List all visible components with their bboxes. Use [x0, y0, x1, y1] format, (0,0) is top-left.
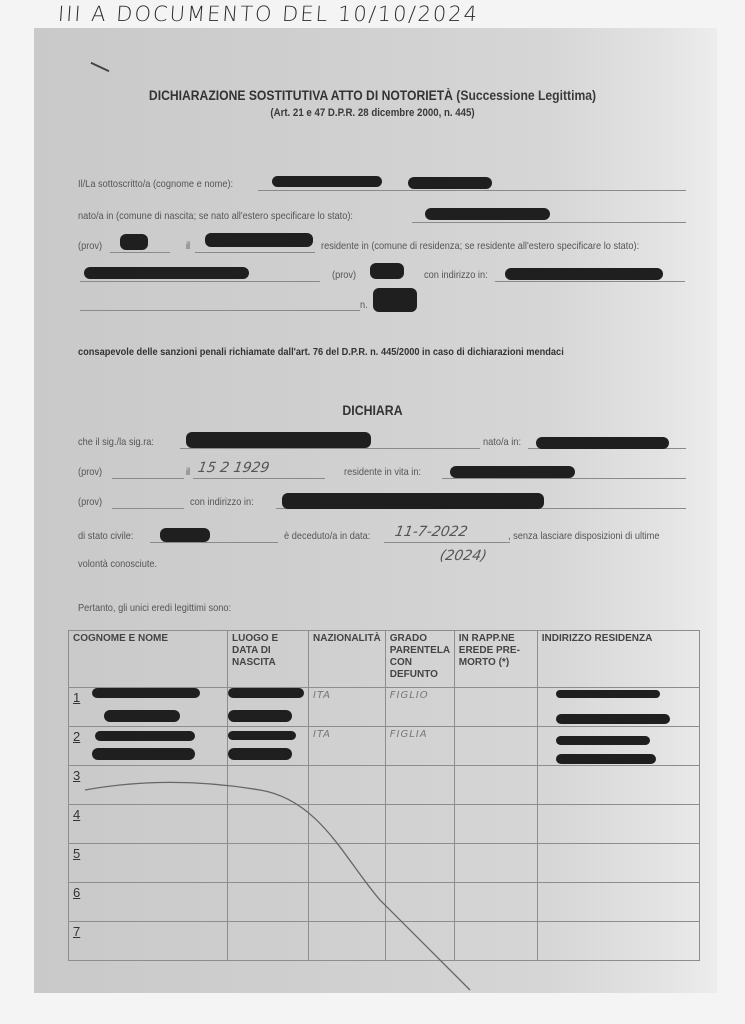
civil-status-field [150, 542, 278, 543]
declarant-prov-field [110, 252, 170, 253]
redaction [373, 288, 417, 312]
cell-relation [385, 805, 454, 844]
deceased-prov-label-2: (prov) [78, 496, 102, 508]
cell-nationality: ITA [309, 727, 386, 766]
redaction [536, 437, 669, 449]
row-number: 7 [73, 924, 80, 939]
col-nationality: NAZIONALITÀ [309, 631, 386, 688]
declarant-il-label: il [186, 240, 190, 252]
deceased-il-label: il [186, 466, 190, 478]
table-row: 4 [69, 805, 700, 844]
cell-nationality-value: ITA [313, 690, 331, 701]
cell-relation [385, 766, 454, 805]
cell-predeceased [454, 688, 537, 727]
redaction [186, 432, 371, 448]
cell-address [537, 766, 699, 805]
cell-nationality: ITA [309, 688, 386, 727]
redaction [228, 748, 292, 760]
cell-nationality [309, 883, 386, 922]
handwritten-header: III A DOCUMENTO DEL 10/10/2024 [57, 2, 480, 26]
redaction [450, 466, 575, 478]
redaction [272, 176, 382, 187]
no-will-text-2: volontà conosciute. [78, 558, 157, 570]
death-date-field [384, 542, 510, 543]
cell-birth [228, 805, 309, 844]
row-number: 1 [73, 690, 80, 705]
declarant-residence-field [80, 281, 320, 282]
redaction [92, 688, 200, 698]
no-will-text: , senza lasciare disposizioni di ultime [508, 530, 660, 542]
cell-relation: FIGLIA [385, 727, 454, 766]
deceased-residence-field [442, 478, 686, 479]
table-row: 3 [69, 766, 700, 805]
cell-predeceased [454, 727, 537, 766]
redaction [228, 688, 304, 698]
cell-birth [228, 922, 309, 961]
cell-relation [385, 844, 454, 883]
declarant-birthplace-label: nato/a in (comune di nascita; se nato al… [78, 210, 353, 222]
cell-predeceased [454, 805, 537, 844]
declarant-number-label: n. [360, 299, 368, 311]
cell-nationality [309, 766, 386, 805]
heirs-table-header: COGNOME E NOME LUOGO E DATA DI NASCITA N… [69, 631, 700, 688]
cell-nationality [309, 844, 386, 883]
cell-nationality [309, 922, 386, 961]
death-date-label: è deceduto/a in data: [284, 530, 370, 542]
cell-address [537, 844, 699, 883]
cell-name: 5 [69, 844, 228, 883]
redaction [120, 234, 148, 250]
row-number: 5 [73, 846, 80, 861]
deceased-birthplace-label: nato/a in: [483, 436, 521, 448]
col-birth: LUOGO E DATA DI NASCITA [228, 631, 309, 688]
redaction [160, 528, 210, 542]
redaction [370, 263, 404, 279]
deceased-prov-label: (prov) [78, 466, 102, 478]
cell-relation-value: FIGLIO [390, 690, 429, 701]
redaction [556, 736, 650, 745]
redaction [92, 748, 195, 760]
declarant-name-field [258, 190, 686, 191]
redaction [556, 690, 660, 698]
deceased-birthdate-handwritten: 15 2 1929 [197, 460, 271, 476]
cell-address [537, 883, 699, 922]
declarant-address-label: con indirizzo in: [424, 269, 488, 281]
cell-birth [228, 883, 309, 922]
redaction [205, 233, 313, 247]
redaction [228, 710, 292, 722]
cell-address [537, 922, 699, 961]
table-row: 5 [69, 844, 700, 883]
redaction [425, 208, 550, 220]
redaction [408, 177, 492, 189]
title-suffix: (Successione Legittima) [456, 88, 596, 103]
deceased-address-label: con indirizzo in: [190, 496, 254, 508]
declarant-prov-label: (prov) [78, 240, 102, 252]
death-date-handwritten: 11-7-2022 [394, 524, 469, 540]
col-relation: GRADO PARENTELA CON DEFUNTO [385, 631, 454, 688]
cell-nationality [309, 805, 386, 844]
deceased-birthdate-field [193, 478, 325, 479]
col-predeceased: IN RAPP.NE EREDE PRE-MORTO (*) [454, 631, 537, 688]
cell-birth [228, 766, 309, 805]
cell-predeceased [454, 766, 537, 805]
row-number: 3 [73, 768, 80, 783]
cell-relation-value: FIGLIA [390, 729, 428, 740]
death-date-correction: (2024) [439, 548, 488, 564]
cell-predeceased [454, 844, 537, 883]
title-main: DICHIARAZIONE SOSTITUTIVA ATTO DI NOTORI… [149, 88, 453, 103]
declarant-residence-label: residente in (comune di residenza; se re… [321, 240, 639, 252]
redaction [556, 714, 670, 724]
declarant-address-line-2 [80, 310, 360, 311]
row-number: 2 [73, 729, 80, 744]
table-row: 6 [69, 883, 700, 922]
cell-relation [385, 883, 454, 922]
redaction [95, 731, 195, 741]
cell-predeceased [454, 922, 537, 961]
cell-relation: FIGLIO [385, 688, 454, 727]
redaction [104, 710, 180, 722]
cell-name: 4 [69, 805, 228, 844]
col-address: INDIRIZZO RESIDENZA [537, 631, 699, 688]
col-name: COGNOME E NOME [69, 631, 228, 688]
document-title: DICHIARAZIONE SOSTITUTIVA ATTO DI NOTORI… [37, 88, 708, 103]
deceased-prov-field-2 [112, 508, 184, 509]
declarant-name-label: Il/La sottoscritto/a (cognome e nome): [78, 178, 233, 190]
deceased-residence-label: residente in vita in: [344, 466, 421, 478]
cell-address [537, 805, 699, 844]
cell-predeceased [454, 883, 537, 922]
awareness-note: consapevole delle sanzioni penali richia… [78, 346, 564, 358]
row-number: 6 [73, 885, 80, 900]
deceased-prov-field [112, 478, 184, 479]
deceased-name-field [180, 448, 480, 449]
deceased-name-label: che il sig./la sig.ra: [78, 436, 154, 448]
redaction [556, 754, 656, 764]
redaction [282, 493, 544, 509]
cell-relation [385, 922, 454, 961]
cell-nationality-value: ITA [313, 729, 331, 740]
declarant-address-field [495, 281, 685, 282]
heirs-intro: Pertanto, gli unici eredi legittimi sono… [78, 602, 231, 614]
cell-name: 3 [69, 766, 228, 805]
cell-birth [228, 844, 309, 883]
table-row: 7 [69, 922, 700, 961]
declarant-birthplace-field [412, 222, 686, 223]
cell-name: 6 [69, 883, 228, 922]
redaction [84, 267, 249, 279]
redaction [228, 731, 296, 740]
redaction [505, 268, 663, 280]
cell-name: 7 [69, 922, 228, 961]
declaration-heading: DICHIARA [45, 402, 701, 418]
row-number: 4 [73, 807, 80, 822]
declarant-birthdate-field [195, 252, 315, 253]
heirs-table: COGNOME E NOME LUOGO E DATA DI NASCITA N… [68, 630, 700, 961]
civil-status-label: di stato civile: [78, 530, 133, 542]
declarant-prov-label-2: (prov) [332, 269, 356, 281]
document-subtitle: (Art. 21 e 47 D.P.R. 28 dicembre 2000, n… [45, 107, 701, 119]
